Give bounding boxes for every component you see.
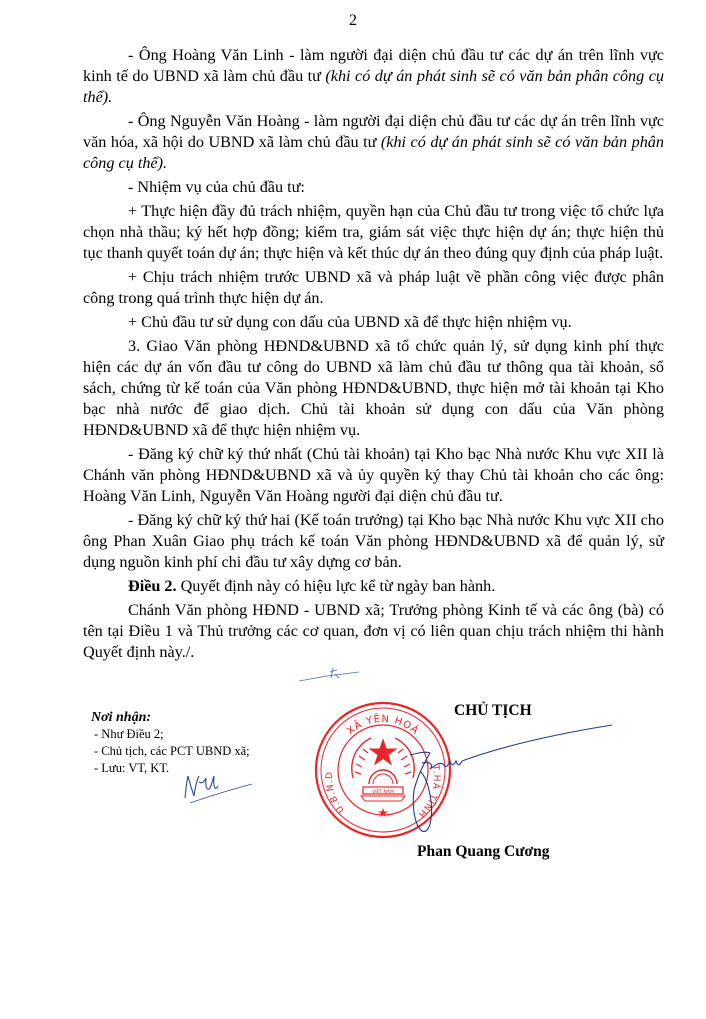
paragraph-p11: Chánh Văn phòng HĐND - UBND xã; Trưởng p… xyxy=(83,600,664,663)
text-segment: - Ông Hoàng Văn Linh xyxy=(128,46,284,64)
paragraph-p2: - Ông Nguyễn Văn Hoàng - làm người đại d… xyxy=(83,111,664,174)
page-number: 2 xyxy=(0,12,706,30)
text-segment: - Đăng ký chữ ký thứ nhất (Chủ tài khoản… xyxy=(83,445,664,505)
text-segment: + Chủ đầu tư sử dụng con dấu của UBND xã… xyxy=(128,313,572,331)
paragraph-p8: - Đăng ký chữ ký thứ nhất (Chủ tài khoản… xyxy=(83,444,664,507)
initial-mark-icon xyxy=(297,664,362,684)
text-segment: Quyết định này có hiệu lực kể từ ngày ba… xyxy=(177,577,496,595)
chairman-signature-icon xyxy=(400,715,615,840)
seal-banner-text: VIỆT NAM xyxy=(372,787,394,795)
text-segment: - Đăng ký chữ ký thứ hai (Kế toán trưởng… xyxy=(83,511,664,571)
text-segment-italic: . xyxy=(108,88,112,106)
recipients-title: Nơi nhận: xyxy=(91,709,331,726)
recipient-item: - Chủ tịch, các PCT UBND xã; xyxy=(91,743,331,760)
initials-signature-icon xyxy=(180,770,255,805)
text-segment-italic: . xyxy=(163,154,167,172)
recipient-item: - Như Điều 2; xyxy=(91,726,331,743)
article-heading: Điều 2. xyxy=(128,577,177,595)
paragraph-p7: 3. Giao Văn phòng HĐND&UBND xã tổ chức q… xyxy=(83,336,664,441)
recipients-block: Nơi nhận: - Như Điều 2; - Chủ tịch, các … xyxy=(91,709,331,777)
paragraph-p4: + Thực hiện đầy đủ trách nhiệm, quyền hạ… xyxy=(83,201,664,264)
paragraph-p5: + Chịu trách nhiệm trước UBND xã và pháp… xyxy=(83,267,664,309)
paragraph-article-2: Điều 2. Quyết định này có hiệu lực kể từ… xyxy=(83,576,664,597)
document-body: - Ông Hoàng Văn Linh - làm người đại diệ… xyxy=(83,45,664,666)
text-segment: 3. Giao Văn phòng HĐND&UBND xã tổ chức q… xyxy=(83,337,664,439)
text-segment: + Thực hiện đầy đủ trách nhiệm, quyền hạ… xyxy=(83,202,664,262)
paragraph-p9: - Đăng ký chữ ký thứ hai (Kế toán trưởng… xyxy=(83,510,664,573)
paragraph-p3: - Nhiệm vụ của chủ đầu tư: xyxy=(83,177,664,198)
text-segment: - Nhiệm vụ của chủ đầu tư: xyxy=(128,178,305,196)
text-segment: + Chịu trách nhiệm trước UBND xã và pháp… xyxy=(83,268,664,307)
signer-name: Phan Quang Cương xyxy=(417,843,549,861)
text-segment: - Ông Nguyễn Văn Hoàng xyxy=(128,112,300,130)
text-segment: Chánh Văn phòng HĐND - UBND xã; Trưởng p… xyxy=(83,601,664,661)
paragraph-p1: - Ông Hoàng Văn Linh - làm người đại diệ… xyxy=(83,45,664,108)
paragraph-p6: + Chủ đầu tư sử dụng con dấu của UBND xã… xyxy=(83,312,664,333)
